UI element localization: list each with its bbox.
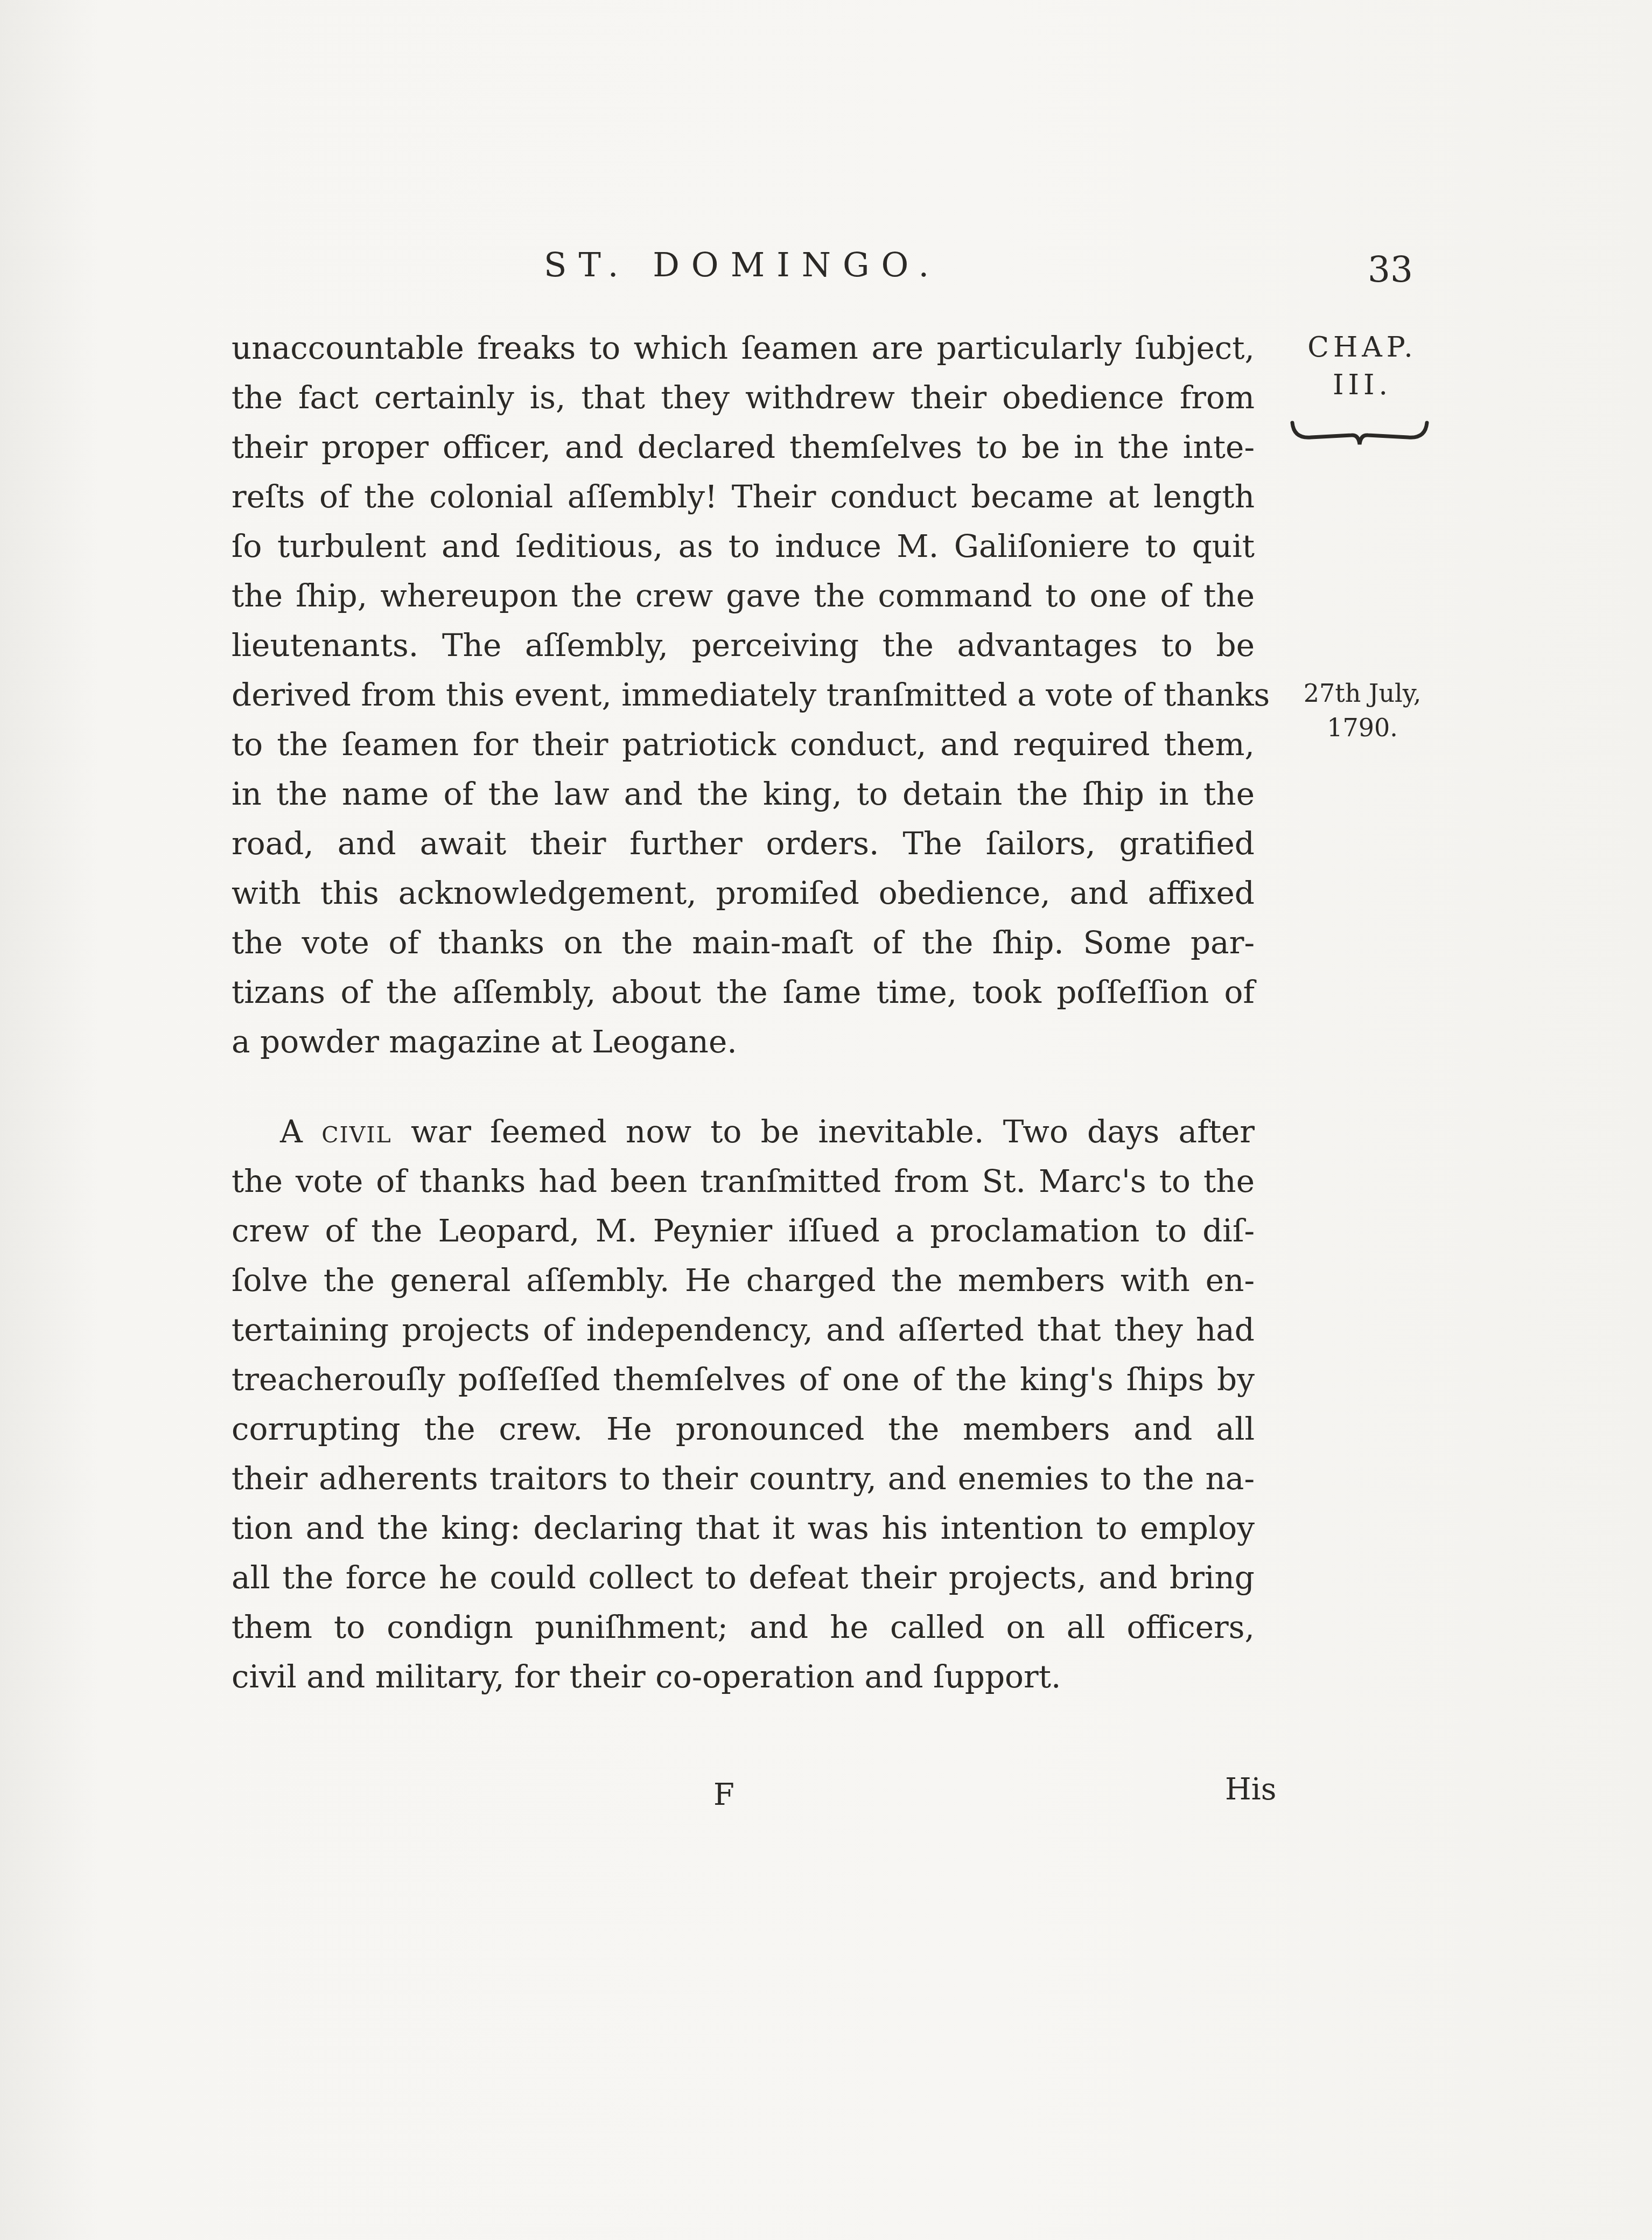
paragraph-2: A civil war ſeemed now to be inevitable.… — [232, 1107, 1255, 1701]
text-line-opening: A civil war ſeemed now to be inevitable.… — [232, 1107, 1255, 1156]
text-line: the vote of thanks had been tranſmitted … — [232, 1156, 1255, 1206]
text-line: all the force he could collect to defeat… — [232, 1553, 1255, 1602]
page-number: 33 — [1368, 249, 1413, 290]
signature-mark: F — [713, 1777, 734, 1812]
text-line: tion and the king: declaring that it was… — [232, 1503, 1255, 1553]
date-line-1: 27th July, — [1282, 676, 1443, 710]
text-line: ſo turbulent and ſeditious, as to induce… — [232, 521, 1255, 571]
text-line: to the ſeamen for their patriotick condu… — [232, 720, 1255, 769]
text-line: in the name of the law and the king, to … — [232, 769, 1255, 819]
running-title: ST. DOMINGO. — [544, 245, 941, 284]
text-line: the vote of thanks on the main-maſt of t… — [232, 918, 1255, 967]
paragraph-1: unaccountable freaks to which ſeamen are… — [232, 323, 1255, 1066]
text-line: their proper officer, and declared themſ… — [232, 422, 1255, 472]
chapter-label: CHAP. — [1287, 329, 1438, 366]
text-line: tertaining projects of independency, and… — [232, 1305, 1255, 1355]
text-line: derived from this event, immediately tra… — [232, 670, 1255, 720]
book-page: ST. DOMINGO. 33 CHAP. III. 27th July, 17… — [0, 0, 1652, 2240]
opening-rest: war ſeemed now to be inevitable. Two day… — [411, 1113, 1255, 1150]
date-line-2: 1790. — [1282, 710, 1443, 745]
brace-ornament-icon — [1290, 420, 1430, 447]
text-line: crew of the Leopard, M. Peynier iſſued a… — [232, 1206, 1255, 1255]
text-line: corrupting the crew. He pronounced the m… — [232, 1404, 1255, 1454]
text-line: unaccountable freaks to which ſeamen are… — [232, 323, 1255, 373]
text-line: their adherents traitors to their countr… — [232, 1454, 1255, 1503]
chapter-marker: CHAP. III. — [1287, 329, 1438, 404]
text-line: with this acknowledgement, promiſed obed… — [232, 868, 1255, 918]
text-line: the fact certainly is, that they withdre… — [232, 373, 1255, 422]
chapter-number: III. — [1287, 366, 1438, 404]
text-line: the ſhip, whereupon the crew gave the co… — [232, 571, 1255, 620]
catchword: His — [1225, 1772, 1276, 1807]
text-line: tizans of the aſſembly, about the ſame t… — [232, 967, 1255, 1017]
body-text: unaccountable freaks to which ſeamen are… — [232, 323, 1255, 1701]
opening-word: A — [280, 1113, 303, 1150]
text-line: a powder magazine at Leogane. — [232, 1017, 1255, 1066]
text-line: lieutenants. The aſſembly, perceiving th… — [232, 620, 1255, 670]
date-sidenote: 27th July, 1790. — [1282, 676, 1443, 745]
text-line: civil and military, for their co-operati… — [232, 1652, 1255, 1701]
text-line: ſolve the general aſſembly. He charged t… — [232, 1255, 1255, 1305]
opening-smallcaps: civil — [321, 1113, 392, 1150]
text-line: road, and await their further orders. Th… — [232, 819, 1255, 868]
text-line: treacherouſly poſſeſſed themſelves of on… — [232, 1355, 1255, 1404]
text-line: them to condign puniſhment; and he calle… — [232, 1602, 1255, 1652]
text-line: reſts of the colonial aſſembly! Their co… — [232, 472, 1255, 521]
